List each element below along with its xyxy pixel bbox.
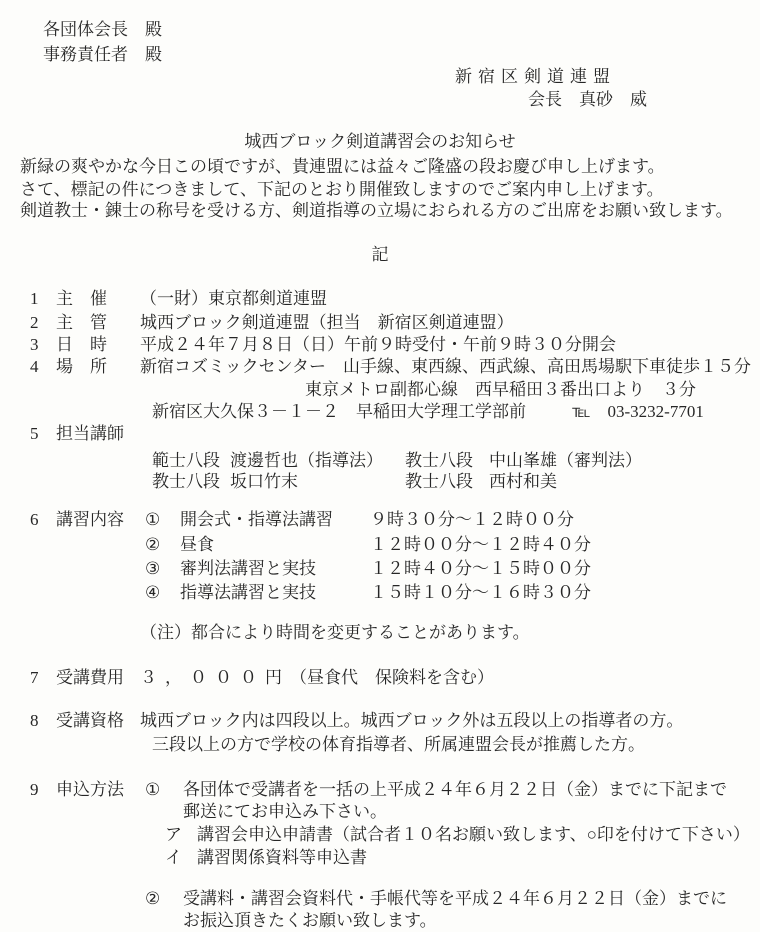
schedule-row: ② 昼食 １２時００分～１２時４０分 <box>145 534 591 556</box>
schedule-time: １２時４０分～１５時００分 <box>370 558 591 580</box>
item-number: 5 <box>30 423 56 445</box>
greeting-line: さて、標記の件につきまして、下記のとおり開催致しますのでご案内申し上げます。 <box>20 179 664 201</box>
item-label: 主 催 <box>56 288 140 310</box>
item-number: 2 <box>30 312 56 334</box>
schedule-time: １２時００分～１２時４０分 <box>370 534 591 556</box>
item-label: 担当講師 <box>56 423 140 445</box>
application-sub-text: 講習会申込申請書（試合者１０名お願い致します、○印を付けて下さい） <box>197 824 750 846</box>
lecturer-rank: 範士八段 <box>152 450 230 472</box>
item-number: 8 <box>30 710 56 732</box>
schedule-mark: ① <box>145 509 180 531</box>
item-number: 7 <box>30 667 56 689</box>
item-text: （一財）東京都剣道連盟 <box>140 288 327 310</box>
application-sub-item: イ 講習関係資料等申込書 <box>165 847 367 869</box>
item-text: 城西ブロック剣道連盟（担当 新宿区剣道連盟） <box>140 312 514 334</box>
item-application: 9 申込方法 ① 各団体で受講者を一括の上平成２４年６月２２日（金）までに下記ま… <box>30 779 727 801</box>
schedule-activity: 審判法講習と実技 <box>180 558 370 580</box>
application-sub-mark: イ <box>165 847 197 869</box>
eligibility-line: 三段以上の方で学校の体育指導者、所属連盟会長が推薦した方。 <box>152 734 645 756</box>
application-step-text: 各団体で受講者を一括の上平成２４年６月２２日（金）までに下記まで <box>183 779 727 801</box>
application-sub-text: 講習関係資料等申込書 <box>197 847 367 869</box>
venue-address-line: 新宿区大久保３－１－２ 早稲田大学理工学部前 ℡ 03-3232-7701 <box>152 401 704 423</box>
fee-amount: ３，０００円 <box>140 667 290 689</box>
schedule-row: ④ 指導法講習と実技 １５時１０分～１６時３０分 <box>145 582 591 604</box>
application-step-mark: ① <box>145 779 183 801</box>
item-label: 受講資格 <box>56 710 140 732</box>
item-label: 日 時 <box>56 334 140 356</box>
schedule-time: １５時１０分～１６時３０分 <box>370 582 591 604</box>
fee-detail: （昼食代 保険料を含む） <box>290 667 494 689</box>
schedule-activity: 開会式・指導法講習 <box>180 509 370 531</box>
application-sub-mark: ア <box>165 824 197 846</box>
schedule-mark: ④ <box>145 582 180 604</box>
greeting-line: 新緑の爽やかな今日この頃ですが、貴連盟には益々ご隆盛の段お慶び申し上げます。 <box>20 156 665 178</box>
lecturer-name: 坂口竹末 <box>230 471 405 493</box>
item-label: 申込方法 <box>56 779 145 801</box>
lecturer-name: 渡邊哲也（指導法） <box>230 450 405 472</box>
lecturer-rank: 教士八段 <box>405 471 489 493</box>
schedule-mark: ② <box>145 534 180 556</box>
greeting-line: 剣道教士・錬士の称号を受ける方、剣道指導の立場におられる方のご出席をお願い致しま… <box>20 200 733 222</box>
record-mark: 記 <box>0 244 760 266</box>
item-venue: 4 場 所 新宿コズミックセンター 山手線、東西線、西武線、高田馬場駅下車徒歩１… <box>30 356 751 378</box>
application-step-mark: ② <box>145 888 183 910</box>
application-step-text: 受講料・講習会資料代・手帳代等を平成２４年６月２２日（金）までに <box>183 888 727 910</box>
application-sub-item: ア 講習会申込申請書（試合者１０名お願い致します、○印を付けて下さい） <box>165 824 750 846</box>
lecturer-row: 範士八段 渡邊哲也（指導法） 教士八段 中山峯雄（審判法） <box>152 450 642 472</box>
item-fee: 7 受講費用 ３，０００円 （昼食代 保険料を含む） <box>30 667 494 689</box>
scanned-letter: 各団体会長 殿 事務責任者 殿 新宿区剣道連盟 会長 真砂 威 城西ブロック剣道… <box>0 0 760 932</box>
schedule-activity: 指導法講習と実技 <box>180 582 370 604</box>
venue-address: 新宿区大久保３－１－２ 早稲田大学理工学部前 <box>152 402 526 421</box>
item-manage: 2 主 管 城西ブロック剣道連盟（担当 新宿区剣道連盟） <box>30 312 514 334</box>
sender-person: 会長 真砂 威 <box>528 89 647 111</box>
schedule-time: ９時３０分～１２時００分 <box>370 509 574 531</box>
item-number: 9 <box>30 779 56 801</box>
lecturer-name: 中山峯雄（審判法） <box>489 450 642 472</box>
item-datetime: 3 日 時 平成２４年７月８日（日）午前９時受付・午前９時３０分開会 <box>30 334 616 356</box>
document-title: 城西ブロック剣道講習会のお知らせ <box>0 131 760 153</box>
venue-access-line: 新宿コズミックセンター 山手線、東西線、西武線、高田馬場駅下車徒歩１５分 <box>140 356 751 378</box>
item-host: 1 主 催 （一財）東京都剣道連盟 <box>30 288 327 310</box>
item-eligibility: 8 受講資格 城西ブロック内は四段以上。城西ブロック外は五段以上の指導者の方。 <box>30 710 683 732</box>
item-lecturers: 5 担当講師 <box>30 423 140 445</box>
eligibility-line: 城西ブロック内は四段以上。城西ブロック外は五段以上の指導者の方。 <box>140 710 683 732</box>
item-number: 3 <box>30 334 56 356</box>
item-number: 1 <box>30 288 56 310</box>
application-step-text: 郵送にてお申込み下さい。 <box>183 801 387 823</box>
schedule-note: （注）都合により時間を変更することがあります。 <box>140 622 530 644</box>
item-label: 主 管 <box>56 312 140 334</box>
item-text: 平成２４年７月８日（日）午前９時受付・午前９時３０分開会 <box>140 334 616 356</box>
item-number: 4 <box>30 356 56 378</box>
lecturer-name: 西村和美 <box>489 471 557 493</box>
recipient-line: 事務責任者 殿 <box>43 44 162 66</box>
item-label: 場 所 <box>56 356 140 378</box>
recipient-line: 各団体会長 殿 <box>43 19 162 41</box>
schedule-row: ③ 審判法講習と実技 １２時４０分～１５時００分 <box>145 558 591 580</box>
schedule-activity: 昼食 <box>180 534 370 556</box>
item-label: 講習内容 <box>56 509 145 531</box>
lecturer-rank: 教士八段 <box>405 450 489 472</box>
item-label: 受講費用 <box>56 667 140 689</box>
application-step: ② 受講料・講習会資料代・手帳代等を平成２４年６月２２日（金）までに <box>145 888 727 910</box>
venue-access-line: 東京メトロ副都心線 西早稲田３番出口より ３分 <box>305 379 696 401</box>
lecturer-rank: 教士八段 <box>152 471 230 493</box>
application-step-text: お振込頂きたくお願い致します。 <box>183 910 437 932</box>
item-schedule: 6 講習内容 ① 開会式・指導法講習 ９時３０分～１２時００分 <box>30 509 574 531</box>
item-number: 6 <box>30 509 56 531</box>
schedule-mark: ③ <box>145 558 180 580</box>
sender-organization: 新宿区剣道連盟 <box>455 66 616 88</box>
venue-tel: ℡ 03-3232-7701 <box>572 402 704 421</box>
lecturer-row: 教士八段 坂口竹末 教士八段 西村和美 <box>152 471 557 493</box>
